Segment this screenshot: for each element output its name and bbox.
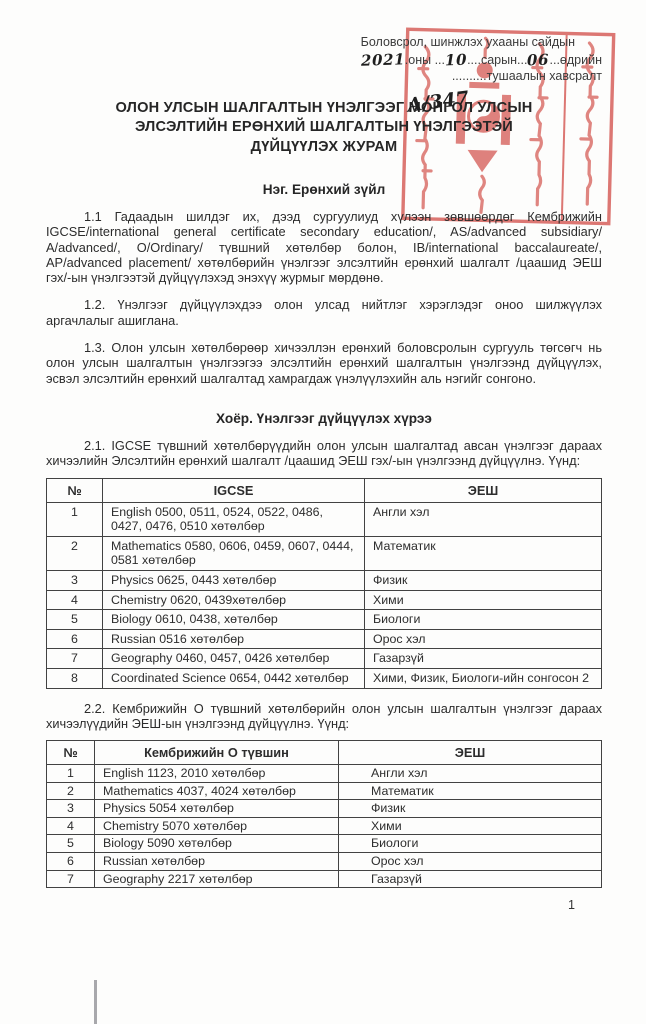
table-row: 4Chemistry 5070 хөтөлбөрХими [47,817,602,835]
table-row: 1English 0500, 0511, 0524, 0522, 0486, 0… [47,502,602,536]
table-row: 2Mathematics 4037, 4024 хөтөлбөрМатемати… [47,782,602,800]
table-cell: 4 [47,817,95,835]
column-header-number: № [47,741,95,765]
annotation-line-3: ..........тушаалын хавсралт [361,68,602,85]
table-cell: Russian хөтөлбөр [95,853,339,871]
table-cell: Хими [365,590,602,610]
table-cell: Mathematics 0580, 0606, 0459, 0607, 0444… [103,536,365,570]
annotation-line-2: 2021.оны ...10....сарын...06...өдрийн [361,51,602,69]
table-cell: Орос хэл [339,853,602,871]
section-two-heading: Хоёр. Үнэлгээг дүйцүүлэх хүрээ [46,411,602,426]
paragraph-1-1: 1.1 Гадаадын шилдэг их, дээд сургуулиуд … [46,209,602,285]
table-cell: Geography 0460, 0457, 0426 хөтөлбөр [103,649,365,669]
title-line: ДҮЙЦҮҮЛЭХ ЖУРАМ [46,138,602,158]
table-row: 3Physics 0625, 0443 хөтөлбөрФизик [47,570,602,590]
approval-annotation: Боловсрол, шинжлэх ухааны сайдын 2021.он… [361,34,602,85]
table-cell: 7 [47,649,103,669]
o-level-conversion-table: № Кембрижийн О түвшин ЭЕШ 1English 1123,… [46,740,602,888]
table-cell: 7 [47,870,95,888]
table-row: 5Biology 0610, 0438, хөтөлбөрБиологи [47,610,602,630]
table-cell: Physics 5054 хөтөлбөр [95,800,339,818]
table-cell: Физик [365,570,602,590]
table-cell: Физик [339,800,602,818]
paragraph-2-1: 2.1. IGCSE түвшний хөтөлбөрүүдийн олон у… [46,438,602,469]
table-cell: Англи хэл [365,502,602,536]
table-row: 3Physics 5054 хөтөлбөрФизик [47,800,602,818]
table-cell: Geography 2217 хөтөлбөр [95,870,339,888]
table-cell: Математик [339,782,602,800]
title-line: ОЛОН УЛСЫН ШАЛГАЛТЫН ҮНЭЛГЭЭГ МОНГОЛ УЛС… [46,99,602,119]
table-cell: Physics 0625, 0443 хөтөлбөр [103,570,365,590]
column-header-eesh: ЭЕШ [365,478,602,502]
column-header-eesh: ЭЕШ [339,741,602,765]
table-cell: 4 [47,590,103,610]
handwritten-year: 2021 [360,51,405,69]
table-cell: English 0500, 0511, 0524, 0522, 0486, 04… [103,502,365,536]
handwritten-day: 06 [527,51,550,68]
table-cell: Chemistry 0620, 0439хөтөлбөр [103,590,365,610]
paragraph-1-3: 1.3. Олон улсын хөтөлбөрөөр хичээллэн ер… [46,340,602,386]
table-row: 8Coordinated Science 0654, 0442 хөтөлбөр… [47,668,602,688]
table-row: 4Chemistry 0620, 0439хөтөлбөрХими [47,590,602,610]
column-header-olevel: Кембрижийн О түвшин [95,741,339,765]
table-cell: Russian 0516 хөтөлбөр [103,629,365,649]
table-cell: 5 [47,835,95,853]
table-cell: Англи хэл [339,765,602,783]
table-cell: Математик [365,536,602,570]
title-line: ЭЛСЭЛТИЙН ЕРӨНХИЙ ШАЛГАЛТЫН ҮНЭЛГЭЭТЭЙ [46,118,602,138]
table-header-row: № IGCSE ЭЕШ [47,478,602,502]
section-one-heading: Нэг. Ерөнхий зүйл [46,182,602,197]
table-row: 6Russian 0516 хөтөлбөрОрос хэл [47,629,602,649]
handwritten-month: 10 [445,51,468,68]
table-row: 6Russian хөтөлбөрОрос хэл [47,853,602,871]
table-row: 5Biology 5090 хөтөлбөрБиологи [47,835,602,853]
table-cell: 8 [47,668,103,688]
table-cell: Biology 5090 хөтөлбөр [95,835,339,853]
table-cell: 2 [47,536,103,570]
table-cell: 6 [47,853,95,871]
igcse-conversion-table: № IGCSE ЭЕШ 1English 0500, 0511, 0524, 0… [46,478,602,689]
table-cell: Chemistry 5070 хөтөлбөр [95,817,339,835]
table-cell: Газарзүй [365,649,602,669]
paragraph-1-2: 1.2. Үнэлгээг дүйцүүлэхдээ олон улсад ни… [46,297,602,328]
annotation-printed-text: ....сарын... [467,53,527,67]
table-cell: Хими, Физик, Биологи-ийн сонгосон 2 [365,668,602,688]
table-cell: English 1123, 2010 хөтөлбөр [95,765,339,783]
page-number: 1 [46,888,602,912]
table-row: 1English 1123, 2010 хөтөлбөрАнгли хэл [47,765,602,783]
dotted-blank: .......... [452,69,487,83]
column-header-igcse: IGCSE [103,478,365,502]
table-header-row: № Кембрижийн О түвшин ЭЕШ [47,741,602,765]
table-cell: Хими [339,817,602,835]
table-cell: Biology 0610, 0438, хөтөлбөр [103,610,365,630]
table-row: 7Geography 0460, 0457, 0426 хөтөлбөрГаза… [47,649,602,669]
column-header-number: № [47,478,103,502]
table-cell: Орос хэл [365,629,602,649]
table-row: 2Mathematics 0580, 0606, 0459, 0607, 044… [47,536,602,570]
table-cell: Coordinated Science 0654, 0442 хөтөлбөр [103,668,365,688]
table-row: 7Geography 2217 хөтөлбөрГазарзүй [47,870,602,888]
document-content: Боловсрол, шинжлэх ухааны сайдын 2021.он… [0,0,646,912]
table-cell: Газарзүй [339,870,602,888]
scan-artifact-line [94,980,97,1024]
annotation-printed-text: тушаалын хавсралт [487,69,602,83]
table-cell: Биологи [339,835,602,853]
table-cell: 1 [47,765,95,783]
table-cell: 2 [47,782,95,800]
annotation-printed-text: .оны ... [405,53,445,67]
table-cell: Биологи [365,610,602,630]
table-cell: 1 [47,502,103,536]
table-cell: 3 [47,800,95,818]
document-title: ОЛОН УЛСЫН ШАЛГАЛТЫН ҮНЭЛГЭЭГ МОНГОЛ УЛС… [46,99,602,158]
table-cell: 5 [47,610,103,630]
table-cell: 6 [47,629,103,649]
table-cell: 3 [47,570,103,590]
annotation-line-1: Боловсрол, шинжлэх ухааны сайдын [361,34,602,51]
paragraph-2-2: 2.2. Кембрижийн О түвшний хөтөлбөрийн ол… [46,701,602,732]
scanned-document-page: Боловсрол, шинжлэх ухааны сайдын 2021.он… [0,0,646,1024]
table-cell: Mathematics 4037, 4024 хөтөлбөр [95,782,339,800]
annotation-printed-text: ...өдрийн [550,53,602,67]
